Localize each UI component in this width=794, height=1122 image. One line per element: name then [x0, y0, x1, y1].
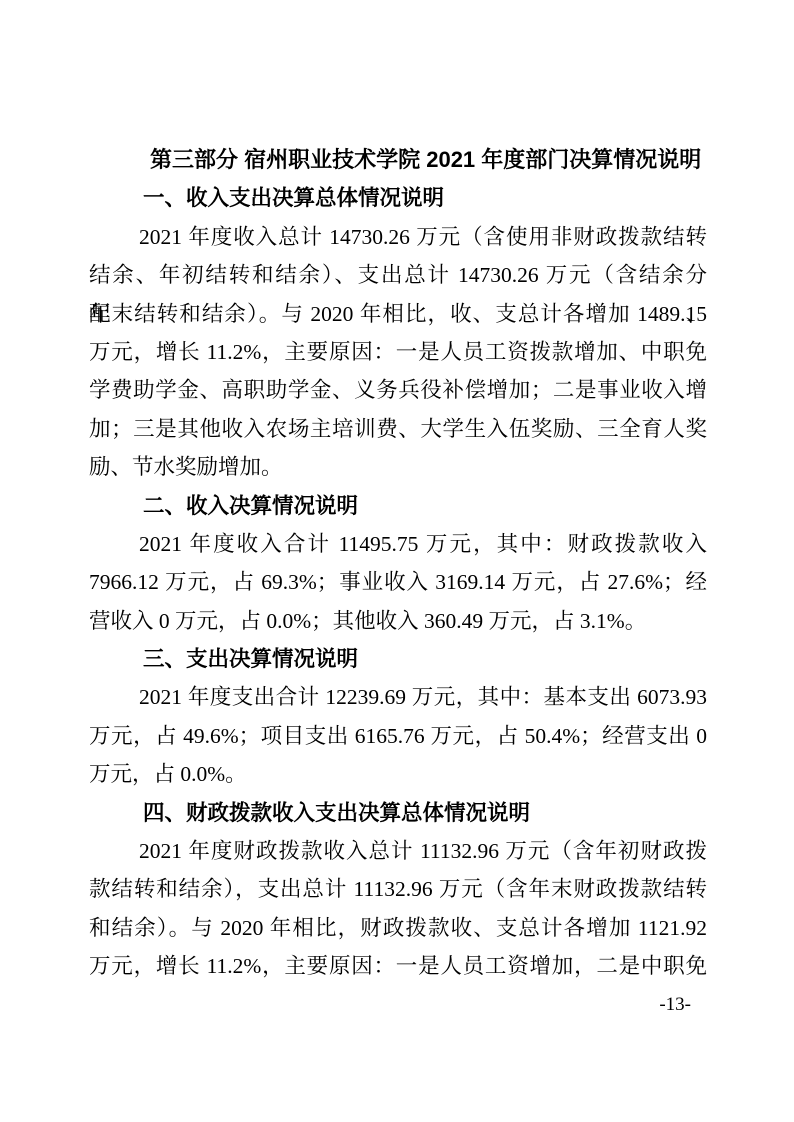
page-number: -13- — [89, 986, 707, 1024]
section-heading-3: 三、支出决算情况说明 — [89, 640, 707, 678]
paragraph-line: 和结余）。与 2020 年相比，财政拨款收、支总计各增加 1121.92 — [89, 909, 707, 947]
paragraph-line: 2021 年度收入总计 14730.26 万元（含使用非财政拨款结转 — [89, 218, 707, 256]
paragraph-line: 万元，增长 11.2%，主要原因：一是人员工资增加，二是中职免 — [89, 947, 707, 985]
section-heading-2: 二、收入决算情况说明 — [89, 487, 707, 525]
paragraph-line: 2021 年度支出合计 12239.69 万元，其中：基本支出 6073.93 — [89, 678, 707, 716]
section-heading-1: 一、收入支出决算总体情况说明 — [89, 179, 707, 217]
paragraph-line: 万元，占 0.0%。 — [89, 755, 707, 793]
paragraph-line: 加；三是其他收入农场主培训费、大学生入伍奖励、三全育人奖 — [89, 410, 707, 448]
section-heading-4: 四、财政拨款收入支出决算总体情况说明 — [89, 794, 707, 832]
paragraph-line: 2021 年度财政拨款收入总计 11132.96 万元（含年初财政拨 — [89, 832, 707, 870]
paragraph-line: 万元，增长 11.2%，主要原因：一是人员工资拨款增加、中职免 — [89, 333, 707, 371]
paragraph-line: 年末结转和结余）。与 2020 年相比，收、支总计各增加 1489.15 — [89, 295, 707, 333]
paragraph-line: 7966.12 万元，占 69.3%；事业收入 3169.14 万元，占 27.… — [89, 563, 707, 601]
document-page: 第三部分 宿州职业技术学院 2021 年度部门决算情况说明 一、收入支出决算总体… — [0, 0, 794, 1122]
paragraph-line: 学费助学金、高职助学金、义务兵役补偿增加；二是事业收入增 — [89, 371, 707, 409]
paragraph-line: 结余、年初结转和结余）、支出总计 14730.26 万元（含结余分配、 — [89, 256, 707, 294]
paragraph-line: 营收入 0 万元，占 0.0%；其他收入 360.49 万元，占 3.1%。 — [89, 602, 707, 640]
paragraph-line: 2021 年度收入合计 11495.75 万元，其中：财政拨款收入 — [89, 525, 707, 563]
paragraph-line: 万元，占 49.6%；项目支出 6165.76 万元，占 50.4%；经营支出 … — [89, 717, 707, 755]
document-content: 第三部分 宿州职业技术学院 2021 年度部门决算情况说明 一、收入支出决算总体… — [89, 141, 707, 1024]
paragraph-line: 励、节水奖励增加。 — [89, 448, 707, 486]
document-title: 第三部分 宿州职业技术学院 2021 年度部门决算情况说明 — [89, 141, 707, 179]
paragraph-line: 款结转和结余），支出总计 11132.96 万元（含年末财政拨款结转 — [89, 870, 707, 908]
